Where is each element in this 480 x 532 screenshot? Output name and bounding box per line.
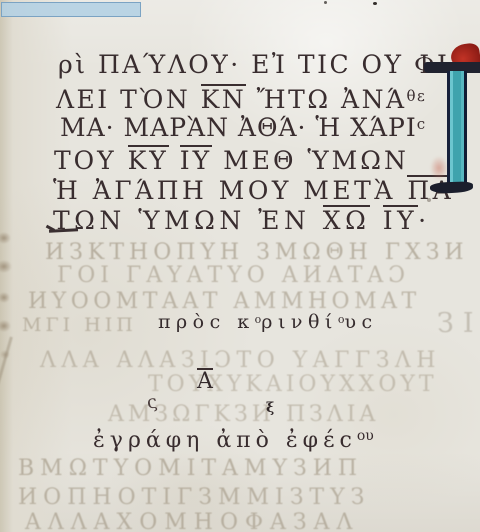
text-segment <box>169 146 180 175</box>
initial-stem <box>447 71 467 184</box>
ink-speck <box>373 2 377 5</box>
raised-letters: c <box>417 115 427 133</box>
text-segment: ΜΕΘ ὙΜΩΝ <box>212 146 409 175</box>
bleedthrough-line: ΛΛΑ ΑΛΑЗΙƆΤΟ ΥΑΓΓЗΛΗ <box>40 350 441 372</box>
bleedthrough-line: ΜΓΙ ΗΙΠ <box>22 316 137 335</box>
nomen-sacrum: ΙΥ <box>180 145 212 173</box>
colophon-line: ἐγράφη ἀπὸ ἐφέcου <box>93 428 374 453</box>
bleedthrough-line: ΓΟΙ ΓΑΥΑΤΥΟ ΑИΑΤΑƆ <box>57 265 410 287</box>
bleedthrough-line: ΒΜΩΤΥΟΜΙΤΑΜΥЗИΠ <box>18 458 363 480</box>
text-segment: ἐγράφη ἀπὸ ἐφέc <box>93 428 357 453</box>
text-segment: ΛΕΙ ΤῸΝ <box>56 85 201 114</box>
parchment-crease <box>0 337 13 386</box>
initial-pink-smudge <box>430 156 448 180</box>
bleedthrough-fragment: ЗΙ <box>437 310 480 337</box>
subscription-title: πρὸc κορινθίουc <box>158 311 378 333</box>
text-segment: ΤΩΝ ὙΜΩΝ ἘΝ <box>53 206 323 235</box>
text-segment: Ἡ ἈΓΆΠΗ ΜΟΥ ΜΕΤᾺ <box>53 176 407 205</box>
raised-letters: ο <box>338 313 345 326</box>
raised-letters: ο <box>255 313 262 326</box>
text-segment: ἬΤΩ ἈΝΆ <box>246 85 406 114</box>
text-line-5: Ἡ ἈΓΆΠΗ ΜΟΥ ΜΕΤᾺ ΠΑ <box>53 175 454 203</box>
raised-letters: ου <box>357 428 374 444</box>
ink-smudge <box>0 260 12 273</box>
text-segment: πρὸc κ <box>158 311 255 333</box>
text-line-6: ΤΩΝ ὙΜΩΝ ἘΝ ΧΩ ΙΥ· <box>53 205 431 233</box>
raised-letters: θε <box>407 87 427 105</box>
text-segment: ΜΑ· ΜΑΡᾺΝ ἈΘΆ· Ἡ ΧΆΡΙ <box>60 113 417 142</box>
ink-speck <box>324 1 327 4</box>
ink-smudge <box>0 320 11 332</box>
ink-smudge <box>0 232 11 244</box>
text-segment: υc <box>344 311 377 333</box>
decorative-mark: ξ <box>266 400 274 416</box>
manuscript-page: ИЗΚΤΗΟΠΥΗ ЗΜΩΘΗ ΓΧЗИ ΓΟΙ ΓΑΥΑΤΥΟ ΑИΑΤΑƆ … <box>0 0 480 532</box>
text-segment: ρὶ ΠΑΎΛΟΥ· ΕἸ ΤΙC ΟΥ ΦΙ <box>58 50 449 79</box>
bleedthrough-line: ΑΛΛΑΧΟΜΗΟΦΑЗΑΛ <box>25 512 359 532</box>
ink-smudge <box>0 292 10 303</box>
bleedthrough-line: ИΥΟΟΜΤΑΑΤ ΑΜΜΗΟΜΑΤ <box>28 291 421 313</box>
nomen-sacrum: ΧΩ <box>323 205 371 233</box>
book-numeral: Α <box>197 368 213 394</box>
bleedthrough-line: ИΟΠΗΟΤΙΓЗΜΜΙЗΤΥЗ <box>18 487 370 509</box>
text-line-4: ΤΟΥ ΚΥ ΙΥ ΜΕΘ ὙΜΩΝ <box>54 145 409 173</box>
text-line-1: ρὶ ΠΑΎΛΟΥ· ΕἸ ΤΙC ΟΥ ΦΙ <box>58 52 449 77</box>
nomen-sacrum: ΚΝ <box>201 84 247 112</box>
initial-foot-serif <box>430 181 473 193</box>
text-segment: ρινθί <box>261 311 338 333</box>
nomen-sacrum: ΙΥ <box>383 205 418 233</box>
highlight-bar <box>1 2 141 17</box>
nomen-sacrum: ΚΥ <box>128 145 169 173</box>
bleedthrough-line: ИЗΚΤΗΟΠΥΗ ЗΜΩΘΗ ΓΧЗИ <box>45 242 469 264</box>
text-segment <box>370 206 382 235</box>
text-line-2: ΛΕΙ ΤῸΝ ΚΝ ἬΤΩ ἈΝΆθε <box>56 84 426 112</box>
ink-speck <box>427 198 431 202</box>
text-segment: ΤΟΥ <box>54 146 128 175</box>
text-line-3: ΜΑ· ΜΑΡᾺΝ ἈΘΆ· Ἡ ΧΆΡΙc <box>60 115 427 140</box>
text-segment: · <box>418 206 430 235</box>
bleedthrough-line: ΤΟΥΧΥΚΑΙΟΥΧΧΟΥΤ <box>148 374 438 396</box>
numeral-overline: Α <box>197 368 213 393</box>
